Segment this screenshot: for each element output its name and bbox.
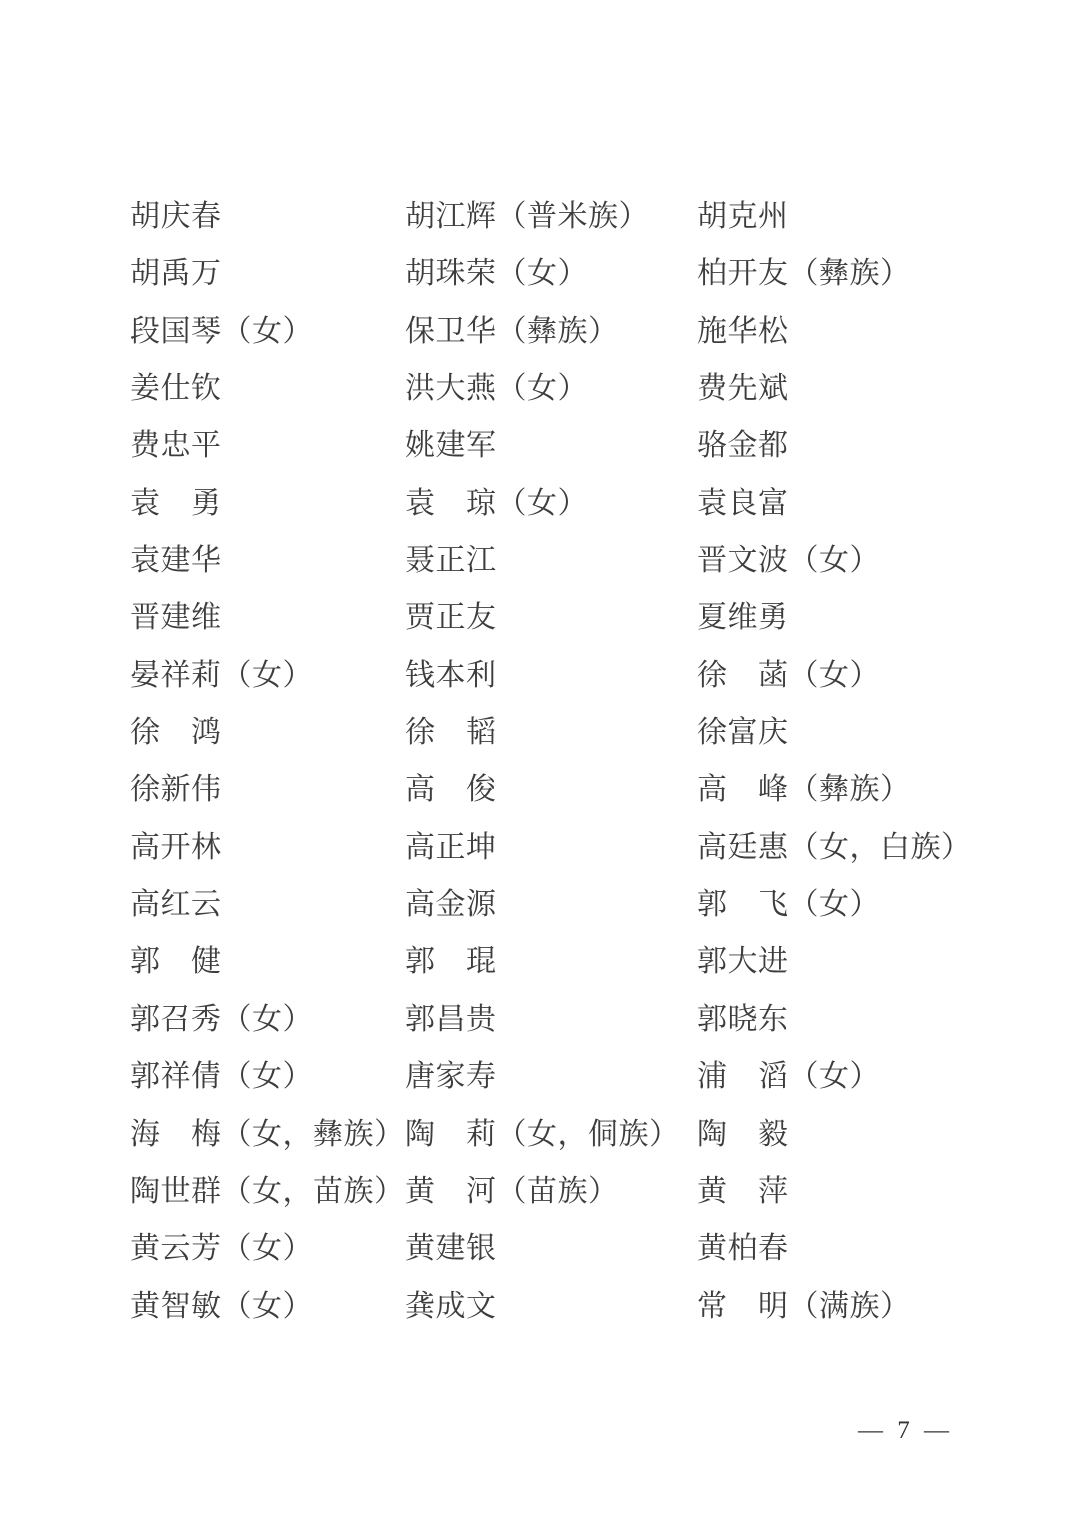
name-entry-col3: 常 明（满族） — [697, 1290, 911, 1324]
name-entry-col3: 黄 萍 — [697, 1175, 789, 1209]
name-entry-col1: 姜仕钦 — [130, 372, 222, 406]
name-entry-col3: 骆金都 — [697, 429, 789, 463]
name-entry-col3: 晋文波（女） — [697, 544, 880, 578]
roster-row: 徐新伟 高 俊 高 峰（彝族） — [130, 773, 1080, 830]
name-entry-col3: 胡克州 — [697, 200, 789, 234]
name-entry-col1: 黄智敏（女） — [130, 1290, 313, 1324]
name-entry-col2: 郭昌贵 — [405, 1003, 497, 1037]
name-entry-col2: 钱本利 — [405, 659, 497, 693]
name-entry-col1: 陶世群（女，苗族） — [130, 1175, 405, 1209]
name-entry-col1: 高红云 — [130, 888, 222, 922]
name-entry-col3: 陶 毅 — [697, 1118, 789, 1152]
name-entry-col3: 徐 菡（女） — [697, 659, 880, 693]
name-entry-col3: 高 峰（彝族） — [697, 773, 911, 807]
name-entry-col2: 姚建军 — [405, 429, 497, 463]
name-entry-col1: 胡庆春 — [130, 200, 222, 234]
name-entry-col3: 高廷惠（女，白族） — [697, 831, 972, 865]
roster-row: 晏祥莉（女） 钱本利 徐 菡（女） — [130, 659, 1080, 716]
name-entry-col1: 徐新伟 — [130, 773, 222, 807]
roster-row: 郭祥倩（女） 唐家寿 浦 滔（女） — [130, 1060, 1080, 1117]
roster-row: 郭 健 郭 琨 郭大进 — [130, 945, 1080, 1002]
roster-row: 海 梅（女，彝族） 陶 莉（女，侗族） 陶 毅 — [130, 1118, 1080, 1175]
name-entry-col2: 洪大燕（女） — [405, 372, 588, 406]
name-entry-col2: 胡江辉（普米族） — [405, 200, 649, 234]
name-entry-col1: 费忠平 — [130, 429, 222, 463]
roster-row: 胡庆春 胡江辉（普米族） 胡克州 — [130, 200, 1080, 257]
name-entry-col1: 胡禹万 — [130, 257, 222, 291]
roster-row: 黄智敏（女） 龚成文 常 明（满族） — [130, 1290, 1080, 1347]
roster-row: 高开林 高正坤 高廷惠（女，白族） — [130, 831, 1080, 888]
name-entry-col2: 陶 莉（女，侗族） — [405, 1118, 680, 1152]
roster-row: 费忠平 姚建军 骆金都 — [130, 429, 1080, 486]
name-entry-col2: 郭 琨 — [405, 945, 497, 979]
name-entry-col2: 贾正友 — [405, 601, 497, 635]
name-entry-col3: 郭 飞（女） — [697, 888, 880, 922]
roster-row: 徐 鸿 徐 韬 徐富庆 — [130, 716, 1080, 773]
roster-row: 陶世群（女，苗族） 黄 河（苗族） 黄 萍 — [130, 1175, 1080, 1232]
name-entry-col1: 徐 鸿 — [130, 716, 222, 750]
name-entry-col1: 袁 勇 — [130, 487, 222, 521]
name-entry-col3: 施华松 — [697, 315, 789, 349]
name-entry-col2: 聂正江 — [405, 544, 497, 578]
name-entry-col1: 郭祥倩（女） — [130, 1060, 313, 1094]
name-entry-col2: 徐 韬 — [405, 716, 497, 750]
name-entry-col3: 袁良富 — [697, 487, 789, 521]
name-entry-col1: 黄云芳（女） — [130, 1232, 313, 1266]
name-roster: 胡庆春 胡江辉（普米族） 胡克州 胡禹万 胡珠荣（女） 柏开友（彝族） 段国琴（… — [130, 200, 1080, 1347]
name-entry-col2: 保卫华（彝族） — [405, 315, 619, 349]
name-entry-col3: 郭大进 — [697, 945, 789, 979]
name-entry-col1: 袁建华 — [130, 544, 222, 578]
name-entry-col3: 费先斌 — [697, 372, 789, 406]
roster-row: 姜仕钦 洪大燕（女） 费先斌 — [130, 372, 1080, 429]
roster-row: 袁建华 聂正江 晋文波（女） — [130, 544, 1080, 601]
name-entry-col3: 柏开友（彝族） — [697, 257, 911, 291]
name-entry-col3: 郭晓东 — [697, 1003, 789, 1037]
roster-row: 晋建维 贾正友 夏维勇 — [130, 601, 1080, 658]
roster-row: 黄云芳（女） 黄建银 黄柏春 — [130, 1232, 1080, 1289]
name-entry-col3: 夏维勇 — [697, 601, 789, 635]
name-entry-col1: 高开林 — [130, 831, 222, 865]
roster-row: 郭召秀（女） 郭昌贵 郭晓东 — [130, 1003, 1080, 1060]
name-entry-col2: 高 俊 — [405, 773, 497, 807]
name-entry-col2: 唐家寿 — [405, 1060, 497, 1094]
roster-row: 高红云 高金源 郭 飞（女） — [130, 888, 1080, 945]
name-entry-col1: 郭 健 — [130, 945, 222, 979]
roster-row: 段国琴（女） 保卫华（彝族） 施华松 — [130, 315, 1080, 372]
roster-row: 胡禹万 胡珠荣（女） 柏开友（彝族） — [130, 257, 1080, 314]
name-entry-col1: 海 梅（女，彝族） — [130, 1118, 405, 1152]
name-entry-col2: 高金源 — [405, 888, 497, 922]
name-entry-col2: 袁 琼（女） — [405, 487, 588, 521]
page-number: — 7 — — [858, 1416, 953, 1446]
name-entry-col3: 黄柏春 — [697, 1232, 789, 1266]
name-entry-col1: 郭召秀（女） — [130, 1003, 313, 1037]
name-entry-col2: 龚成文 — [405, 1290, 497, 1324]
roster-row: 袁 勇 袁 琼（女） 袁良富 — [130, 487, 1080, 544]
document-page: 胡庆春 胡江辉（普米族） 胡克州 胡禹万 胡珠荣（女） 柏开友（彝族） 段国琴（… — [0, 0, 1080, 1528]
name-entry-col1: 晏祥莉（女） — [130, 659, 313, 693]
name-entry-col2: 黄建银 — [405, 1232, 497, 1266]
name-entry-col3: 徐富庆 — [697, 716, 789, 750]
name-entry-col1: 段国琴（女） — [130, 315, 313, 349]
name-entry-col2: 黄 河（苗族） — [405, 1175, 619, 1209]
name-entry-col2: 高正坤 — [405, 831, 497, 865]
name-entry-col3: 浦 滔（女） — [697, 1060, 880, 1094]
name-entry-col1: 晋建维 — [130, 601, 222, 635]
name-entry-col2: 胡珠荣（女） — [405, 257, 588, 291]
